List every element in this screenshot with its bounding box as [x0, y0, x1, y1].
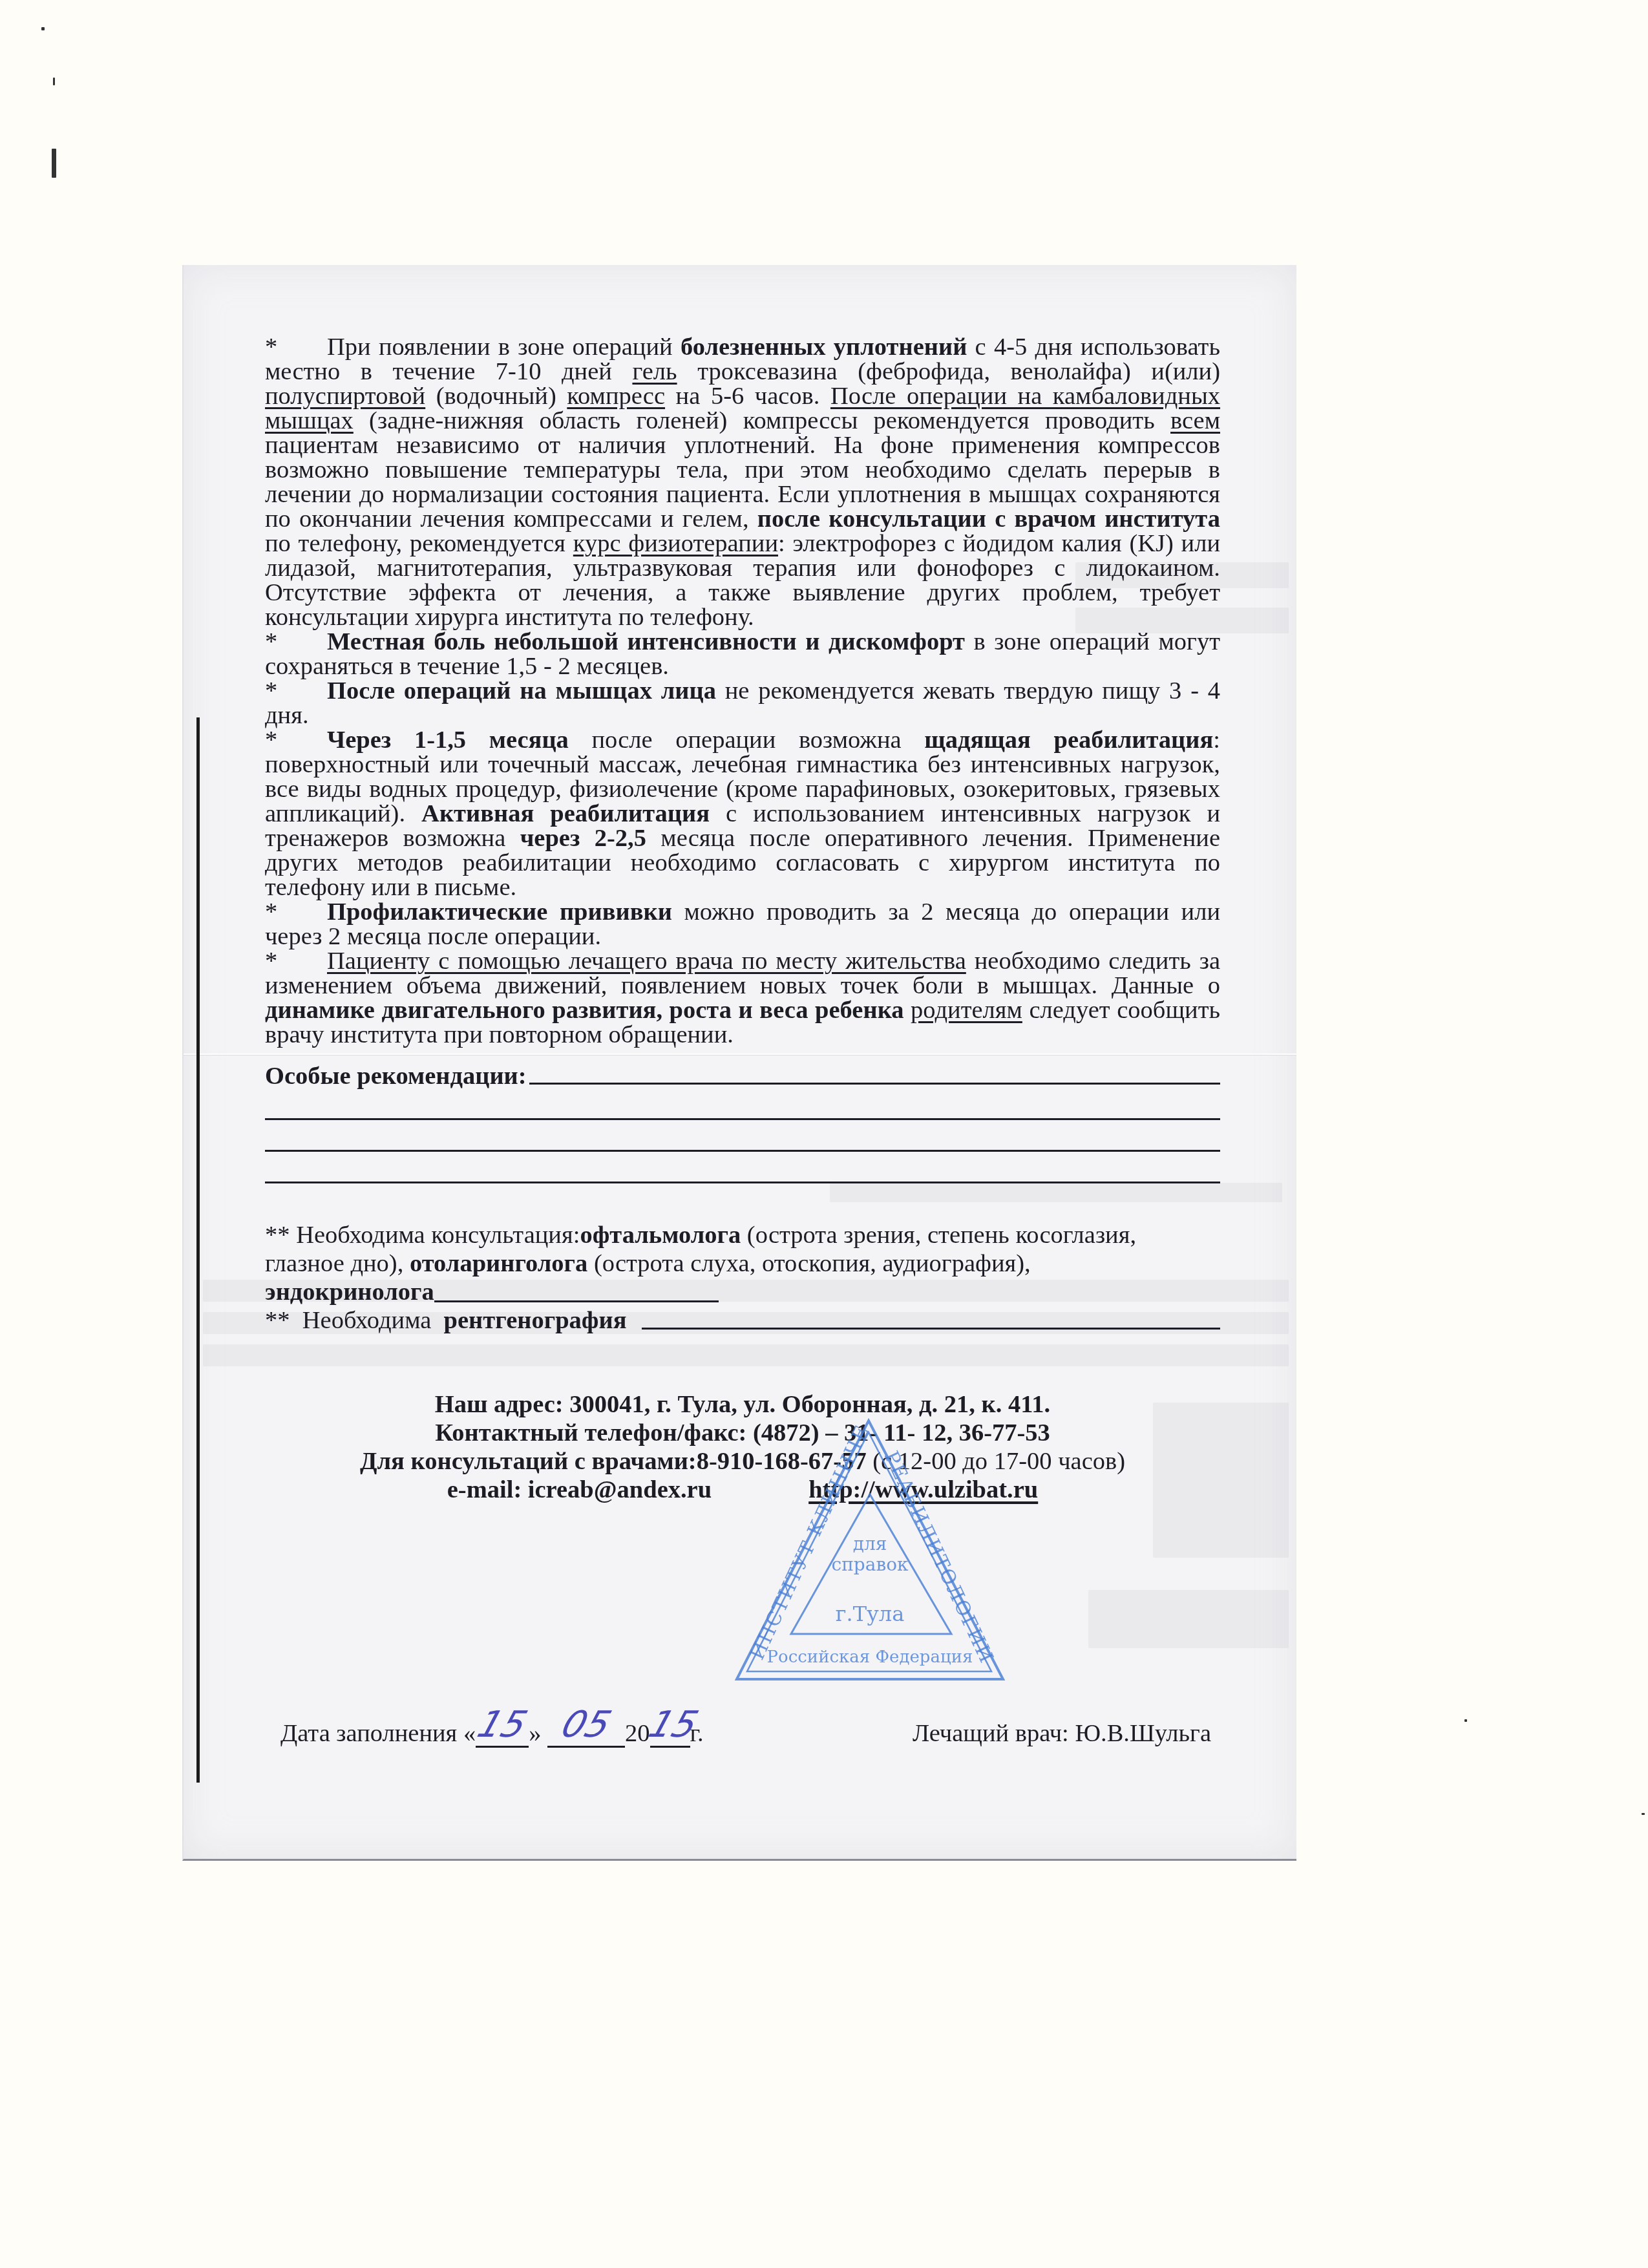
bold-text: щадящая реабилитация — [924, 726, 1213, 754]
asterisk-bullet: * — [265, 949, 327, 973]
asterisk-bullet: * — [265, 900, 327, 924]
special-recommendations-field[interactable] — [529, 1083, 1220, 1085]
recommendations-list: *При появлении в зоне операций болезненн… — [265, 335, 1220, 1047]
signature-row: Дата заполнения «15» 052015г. Лечащий вр… — [280, 1719, 1211, 1748]
address: Наш адрес: 300041, г. Тула, ул. Оборонна… — [265, 1390, 1220, 1419]
underlined-text: полуспиртовой — [265, 383, 425, 410]
document-body: *При появлении в зоне операций болезненн… — [265, 335, 1220, 1504]
consultation-section: ** Необходима консультация:офтальмолога … — [265, 1221, 1220, 1335]
underlined-text: гель — [632, 358, 677, 385]
bleed-through-text — [1088, 1590, 1289, 1648]
special-recommendations-label: Особые рекомендации: — [265, 1064, 527, 1088]
special-recommendations-line[interactable] — [265, 1182, 1220, 1183]
date-sep: » — [529, 1720, 541, 1747]
svg-text:г.Тула: г.Тула — [836, 1602, 905, 1626]
body-text: троксевазина (феброфида, венолайфа) и(ил… — [677, 358, 1220, 385]
triangle-stamp-icon: ИНСТИТУТ КЛИНИЧЕСКОЙ РЕАБИЛИТОЛОГИИ для … — [732, 1415, 1009, 1687]
date-year-handwritten: 15 — [644, 1707, 695, 1743]
recommendation-item: *Пациенту с помощью лечащего врача по ме… — [265, 949, 1220, 1047]
underlined-text: компресс — [567, 383, 665, 410]
recommendation-item: *Местная боль небольшой интенсивности и … — [265, 630, 1220, 679]
consultation-prefix: ** Необходима консультация: — [265, 1222, 580, 1249]
ent-label: отоларинголога — [410, 1250, 587, 1277]
bold-text: Профилактические прививки — [327, 898, 672, 926]
svg-text:Российская Федерация: Российская Федерация — [767, 1648, 973, 1667]
fill-date: Дата заполнения «15» 052015г. — [280, 1719, 704, 1748]
xray-row: ** Необходима рентгенография — [265, 1306, 1220, 1335]
asterisk-bullet: * — [265, 679, 327, 703]
bold-text: Активная реабилитация — [421, 800, 710, 827]
attending-doctor: Лечащий врач: Ю.В.Шульга — [913, 1719, 1211, 1748]
bold-text: Местная боль небольшой интенсивности и д… — [327, 628, 965, 655]
scan-speck — [52, 149, 56, 178]
special-recommendations: Особые рекомендации: — [265, 1064, 1220, 1183]
date-year-field[interactable]: 15 — [650, 1720, 690, 1748]
date-day-handwritten: 15 — [470, 1707, 534, 1743]
xray-field[interactable] — [642, 1328, 1220, 1330]
body-text: (водочный) — [425, 383, 567, 410]
underlined-text: Пациенту с помощью лечащего врача по мес… — [327, 948, 966, 975]
date-month-field[interactable]: 05 — [547, 1720, 625, 1748]
asterisk-bullet: * — [265, 630, 327, 654]
recommendation-item: *После операций на мышцах лица не рекоме… — [265, 679, 1220, 728]
underlined-text: родителям — [911, 997, 1022, 1024]
endocrinologist-row: эндокринолога — [265, 1278, 1220, 1306]
bold-text: болезненных уплотнений — [681, 334, 967, 361]
underlined-text: курс физиотерапии — [573, 530, 778, 557]
ophthalmologist-label: офтальмолога — [580, 1222, 741, 1249]
recommendation-item: *Профилактические прививки можно проводи… — [265, 900, 1220, 949]
ent-note: (острота слуха, отоскопия, аудиография), — [587, 1250, 1030, 1277]
bold-text: через 2-2,5 — [520, 825, 646, 852]
xray-label: рентгенография — [444, 1306, 627, 1335]
special-recommendations-line[interactable] — [265, 1150, 1220, 1152]
endocrinologist-label: эндокринолога — [265, 1278, 434, 1306]
body-text: При появлении в зоне операций — [327, 334, 681, 361]
underlined-text: всем — [1170, 407, 1220, 434]
bold-text: Через 1-1,5 месяца — [327, 726, 569, 754]
bold-text: после консультации с врачом института — [757, 505, 1220, 533]
consultation-text: ** Необходима консультация:офтальмолога … — [265, 1221, 1220, 1278]
special-recommendations-line[interactable] — [265, 1118, 1220, 1120]
xray-prefix: ** Необходима — [265, 1306, 444, 1335]
email-link[interactable]: e-mail: icreab@andex.ru — [447, 1476, 712, 1504]
body-text: (задне-нижняя область голеней) компрессы… — [354, 407, 1170, 434]
scan-speck — [53, 78, 55, 85]
body-text: на 5-6 часов. — [665, 383, 830, 410]
body-text — [904, 997, 911, 1024]
svg-text:для: для — [853, 1533, 887, 1554]
recommendation-item: *При появлении в зоне операций болезненн… — [265, 335, 1220, 630]
scan-speck — [41, 27, 45, 30]
body-text: после операции возможна — [569, 726, 924, 754]
date-month-handwritten: 05 — [542, 1707, 631, 1743]
date-day-field[interactable]: 15 — [476, 1720, 529, 1748]
asterisk-bullet: * — [265, 728, 327, 752]
svg-text:справок: справок — [831, 1554, 909, 1575]
asterisk-bullet: * — [265, 335, 327, 359]
recommendation-item: *Через 1-1,5 месяца после операции возмо… — [265, 728, 1220, 900]
margin-bar — [196, 717, 200, 1783]
bold-text: динамике двигательного развития, роста и… — [265, 997, 904, 1024]
scan-speck — [1464, 1719, 1467, 1722]
scan-speck — [1642, 1813, 1645, 1815]
scanned-page: *При появлении в зоне операций болезненн… — [182, 265, 1296, 1861]
endocrinologist-field[interactable] — [434, 1300, 719, 1302]
bold-text: После операций на мышцах лица — [327, 677, 716, 705]
institute-stamp: ИНСТИТУТ КЛИНИЧЕСКОЙ РЕАБИЛИТОЛОГИИ для … — [732, 1415, 1009, 1687]
body-text: по телефону, рекомендуется — [265, 530, 573, 557]
date-label: Дата заполнения « — [280, 1720, 476, 1747]
